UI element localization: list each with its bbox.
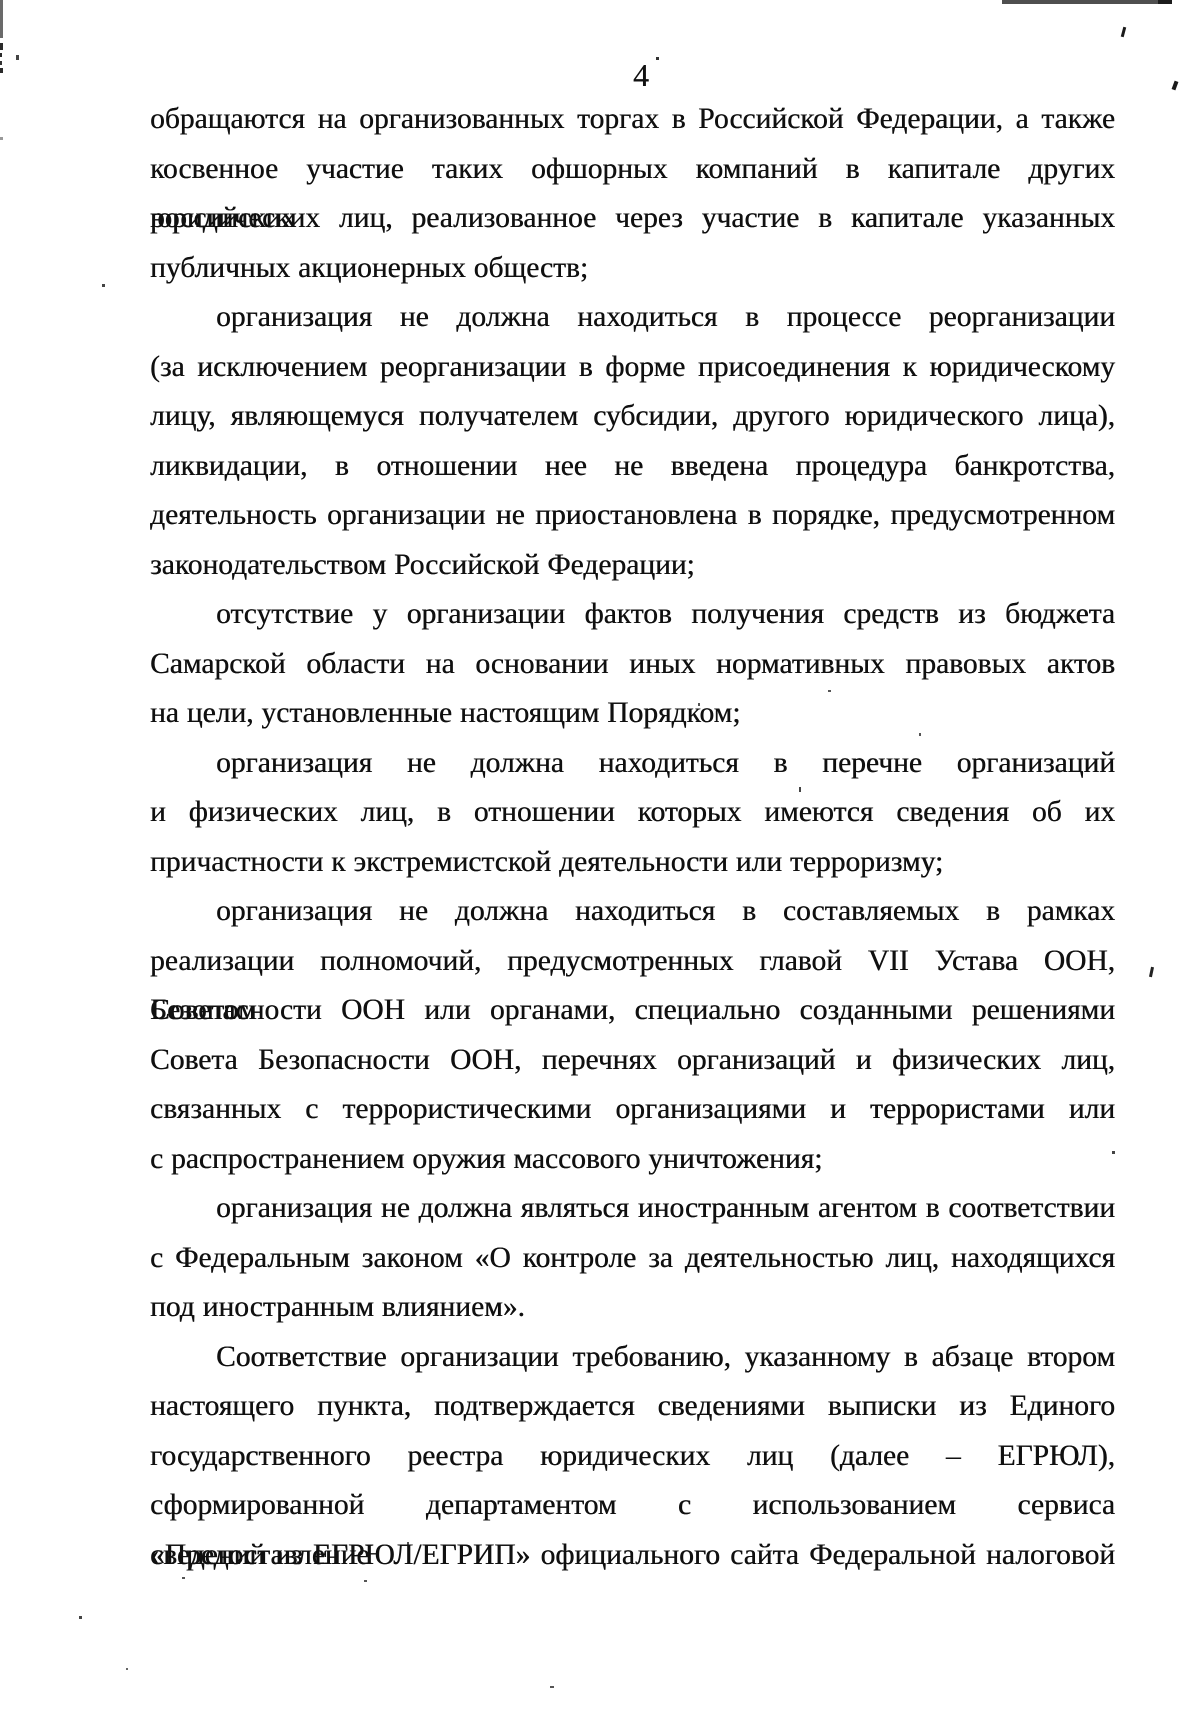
scan-speck bbox=[550, 1686, 554, 1688]
text-line: организация не должна являться иностранн… bbox=[150, 1184, 1115, 1234]
text-line: организация не должна находиться в соста… bbox=[150, 887, 1115, 937]
scan-speck bbox=[364, 1580, 367, 1582]
scan-artifact-top-bar-nub bbox=[1158, 0, 1172, 4]
text-line: юридических лиц, реализованное через уча… bbox=[150, 194, 1115, 244]
text-line: реализации полномочий, предусмотренных г… bbox=[150, 937, 1115, 987]
text-line: Соответствие организации требованию, ука… bbox=[150, 1333, 1115, 1383]
scan-artifact-left-dash bbox=[0, 43, 3, 50]
scan-artifact-left-bar bbox=[0, 0, 3, 38]
document-page: 4 обращаются на организованных торгах в … bbox=[0, 0, 1200, 1714]
text-line: лицу, являющемуся получателем субсидии, … bbox=[150, 392, 1115, 442]
scan-artifact-left-dash bbox=[0, 61, 2, 65]
text-line: причастности к экстремистской деятельнос… bbox=[150, 838, 1115, 888]
page-number: 4 bbox=[566, 57, 716, 94]
text-line: под иностранным влиянием». bbox=[150, 1283, 1115, 1333]
text-line: публичных акционерных обществ; bbox=[150, 244, 1115, 294]
scan-artifact-top-bar bbox=[1002, 0, 1158, 4]
text-line: и физических лиц, в отношении которых им… bbox=[150, 788, 1115, 838]
scan-speck bbox=[79, 1616, 82, 1619]
scan-artifact-tick bbox=[1172, 81, 1179, 91]
scan-artifact-left-dash bbox=[0, 53, 2, 57]
text-line: деятельность организации не приостановле… bbox=[150, 491, 1115, 541]
text-line: Совета Безопасности ООН, перечнях органи… bbox=[150, 1036, 1115, 1086]
text-line: сведений из ЕГРЮЛ/ЕГРИП» официального са… bbox=[150, 1531, 1115, 1581]
text-line: косвенное участие таких офшорных компани… bbox=[150, 145, 1115, 195]
text-line: Безопасности ООН или органами, специальн… bbox=[150, 986, 1115, 1036]
document-text: обращаются на организованных торгах в Ро… bbox=[150, 95, 1115, 1580]
text-line: обращаются на организованных торгах в Ро… bbox=[150, 95, 1115, 145]
text-line: на цели, установленные настоящим Порядко… bbox=[150, 689, 1115, 739]
scan-artifact-left-dash bbox=[16, 55, 19, 60]
text-line: организация не должна находиться в переч… bbox=[150, 739, 1115, 789]
text-line: организация не должна находиться в проце… bbox=[150, 293, 1115, 343]
scan-artifact-left-dash bbox=[0, 68, 3, 73]
text-line: сформированной департаментом с использов… bbox=[150, 1481, 1115, 1531]
scan-speck bbox=[1149, 967, 1154, 977]
text-line: государственного реестра юридических лиц… bbox=[150, 1432, 1115, 1482]
text-line: связанных с террористическими организаци… bbox=[150, 1085, 1115, 1135]
text-line: ликвидации, в отношении нее не введена п… bbox=[150, 442, 1115, 492]
text-line: настоящего пункта, подтверждается сведен… bbox=[150, 1382, 1115, 1432]
text-line: с распространением оружия массового унич… bbox=[150, 1135, 1115, 1185]
scan-artifact-left-dash bbox=[0, 137, 3, 140]
text-line: Самарской области на основании иных норм… bbox=[150, 640, 1115, 690]
scan-speck bbox=[126, 1668, 128, 1670]
scan-artifact-tick bbox=[1121, 27, 1126, 37]
text-line: отсутствие у организации фактов получени… bbox=[150, 590, 1115, 640]
text-line: законодательством Российской Федерации; bbox=[150, 541, 1115, 591]
text-line: (за исключением реорганизации в форме пр… bbox=[150, 343, 1115, 393]
scan-speck bbox=[102, 284, 105, 287]
text-line: с Федеральным законом «О контроле за дея… bbox=[150, 1234, 1115, 1284]
